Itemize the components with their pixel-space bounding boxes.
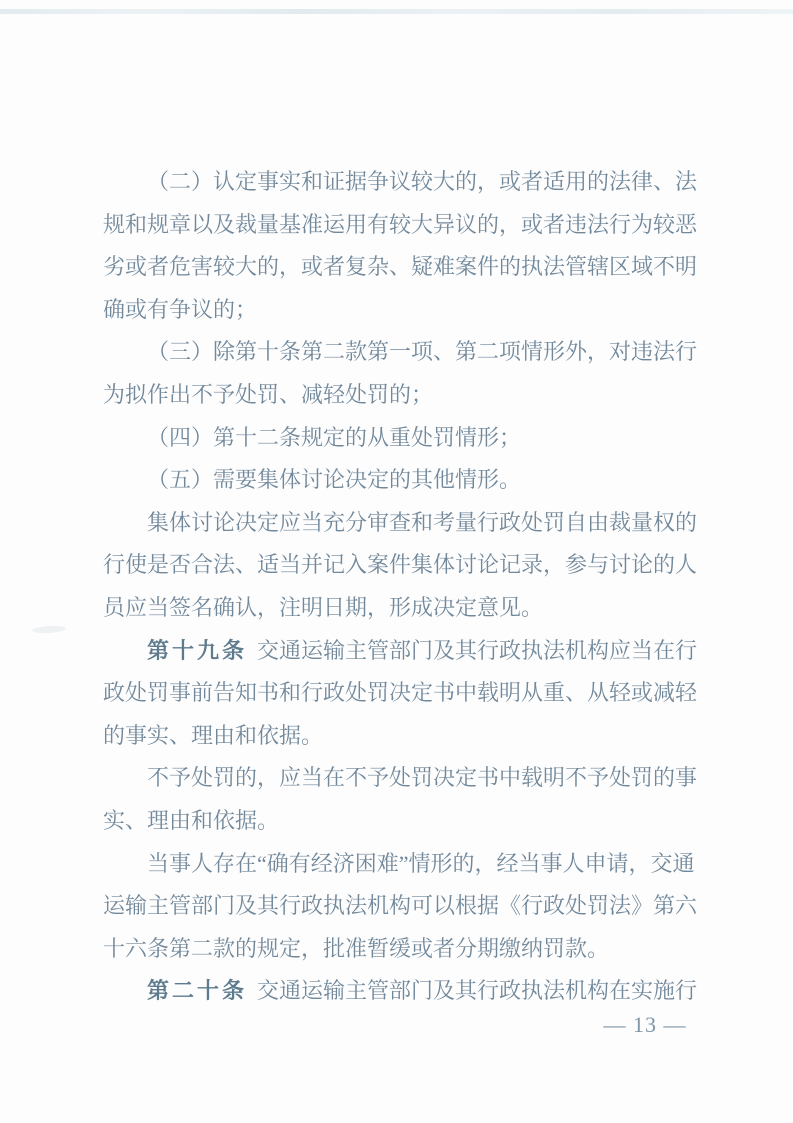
text-line: 第二十条交通运输主管部门及其行政执法机构在实施行 — [103, 970, 709, 1013]
line-text: 员应当签名确认，注明日期，形成决定意见。 — [103, 595, 543, 620]
document-body: （二）认定事实和证据争议较大的，或者适用的法律、法规和规章以及裁量基准运用有较大… — [103, 161, 709, 1013]
text-line: 为拟作出不予处罚、减轻处罚的； — [103, 374, 709, 417]
scan-artifact-band — [0, 9, 793, 14]
line-text: 规和规章以及裁量基准运用有较大异议的，或者违法行为较恶 — [103, 212, 697, 237]
scan-smudge-mark — [32, 625, 66, 634]
text-line: （三）除第十条第二款第一项、第二项情形外，对违法行 — [103, 331, 709, 374]
line-text: 集体讨论决定应当充分审查和考量行政处罚自由裁量权的 — [147, 510, 697, 535]
page-number: — 13 — — [597, 1012, 693, 1038]
line-text: 政处罚事前告知书和行政处罚决定书中载明从重、从轻或减轻 — [103, 680, 697, 705]
line-text: （四）第十二条规定的从重处罚情形； — [147, 425, 521, 450]
text-line: （二）认定事实和证据争议较大的，或者适用的法律、法 — [103, 161, 709, 204]
text-line: 行使是否合法、适当并记入案件集体讨论记录，参与讨论的人 — [103, 544, 709, 587]
line-text: （三）除第十条第二款第一项、第二项情形外，对违法行 — [147, 339, 697, 364]
line-text: （二）认定事实和证据争议较大的，或者适用的法律、法 — [147, 169, 697, 194]
text-line: 确或有争议的； — [103, 289, 709, 332]
line-text: 行使是否合法、适当并记入案件集体讨论记录，参与讨论的人 — [103, 552, 697, 577]
line-text: 十六条第二款的规定，批准暂缓或者分期缴纳罚款。 — [103, 936, 609, 961]
page-number-text: — 13 — — [604, 1012, 687, 1037]
text-line: 集体讨论决定应当充分审查和考量行政处罚自由裁量权的 — [103, 502, 709, 545]
article-number-bold: 第十九条 — [147, 638, 247, 663]
scanned-document-page: （二）认定事实和证据争议较大的，或者适用的法律、法规和规章以及裁量基准运用有较大… — [0, 0, 793, 1123]
text-line: 的事实、理由和依据。 — [103, 715, 709, 758]
line-text: 的事实、理由和依据。 — [103, 723, 323, 748]
line-text: 交通运输主管部门及其行政执法机构应当在行 — [257, 638, 697, 663]
line-text: 不予处罚的，应当在不予处罚决定书中载明不予处罚的事 — [147, 765, 697, 790]
text-line: 劣或者危害较大的，或者复杂、疑难案件的执法管辖区域不明 — [103, 246, 709, 289]
text-line: 运输主管部门及其行政执法机构可以根据《行政处罚法》第六 — [103, 885, 709, 928]
text-line: （四）第十二条规定的从重处罚情形； — [103, 417, 709, 460]
text-line: 不予处罚的，应当在不予处罚决定书中载明不予处罚的事 — [103, 757, 709, 800]
line-text: （五）需要集体讨论决定的其他情形。 — [147, 467, 521, 492]
text-line: 规和规章以及裁量基准运用有较大异议的，或者违法行为较恶 — [103, 204, 709, 247]
line-text: 实、理由和依据。 — [103, 808, 279, 833]
text-line: 实、理由和依据。 — [103, 800, 709, 843]
text-line: 政处罚事前告知书和行政处罚决定书中载明从重、从轻或减轻 — [103, 672, 709, 715]
text-line: 当事人存在“确有经济困难”情形的，经当事人申请，交通 — [103, 843, 709, 886]
line-text: 当事人存在“确有经济困难”情形的，经当事人申请，交通 — [147, 851, 695, 876]
line-text: 为拟作出不予处罚、减轻处罚的； — [103, 382, 433, 407]
line-text: 运输主管部门及其行政执法机构可以根据《行政处罚法》第六 — [103, 893, 697, 918]
line-text: 劣或者危害较大的，或者复杂、疑难案件的执法管辖区域不明 — [103, 254, 697, 279]
article-number-bold: 第二十条 — [147, 978, 247, 1003]
line-text: 确或有争议的； — [103, 297, 257, 322]
text-line: （五）需要集体讨论决定的其他情形。 — [103, 459, 709, 502]
text-line: 第十九条交通运输主管部门及其行政执法机构应当在行 — [103, 630, 709, 673]
line-text: 交通运输主管部门及其行政执法机构在实施行 — [257, 978, 697, 1003]
text-line: 十六条第二款的规定，批准暂缓或者分期缴纳罚款。 — [103, 928, 709, 971]
text-line: 员应当签名确认，注明日期，形成决定意见。 — [103, 587, 709, 630]
